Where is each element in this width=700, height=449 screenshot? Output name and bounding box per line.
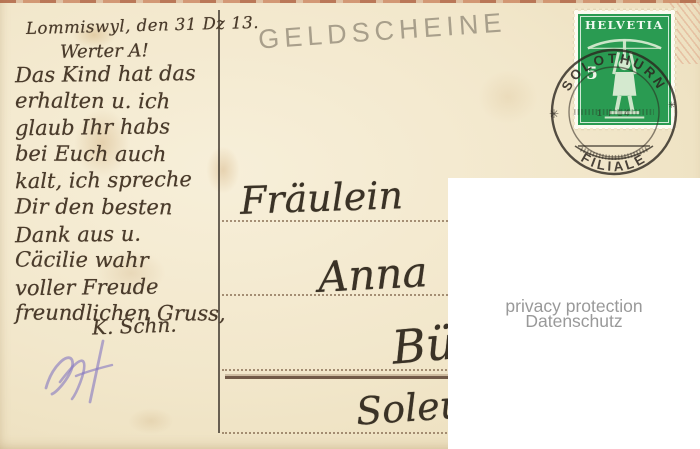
message-line: glaub Ihr habs [15,113,221,142]
violet-scribble [38,336,126,406]
paper-stain [478,70,538,124]
postmark-branch-text: FILIALE [579,150,650,174]
postmark-star-right-icon: ✳ [668,100,676,110]
address-rule-solid [225,376,463,379]
postmark-star-left-icon: ✳ [549,107,559,121]
stamp-country-label: HELVETIA [582,18,667,32]
pencil-annotation: GELDSCHEINE [257,7,507,55]
message-salutation: Werter A! [60,40,149,63]
message-line: Dank aus u. [15,219,221,248]
postmark-town-text: SOLOTHURN [559,51,670,93]
message-line: voller Freude [15,272,221,301]
paper-stain [128,408,174,434]
message-line: erhalten u. ich [15,87,221,115]
privacy-overlay-line2: Datenschutz [525,314,622,329]
svg-text:FILIALE: FILIALE [579,150,650,174]
message-line: bei Euch auch [15,140,221,168]
message-line: kalt, ich spreche [15,166,221,195]
address-recipient-name: Anna [317,247,429,302]
privacy-overlay: privacy protection Datenschutz [448,178,700,449]
message-line: Cäcilie wahr [15,247,221,275]
message-dateline: Lommiswyl, den 31 Dz 13. [26,13,259,38]
svg-text:SOLOTHURN: SOLOTHURN [559,51,670,93]
address-recipient-title: Fräulein [239,173,403,223]
message-line: Dir den besten [15,193,221,221]
message-line: Das Kind hat das [15,60,221,89]
postmark: SOLOTHURN FILIALE 1 I 14 ✳ ✳ [548,46,680,178]
postcard-top-edge [0,0,700,3]
postcard: Lommiswyl, den 31 Dz 13. Werter A! Das K… [0,0,700,449]
message-body: Das Kind hat das erhalten u. ich glaub I… [15,61,221,327]
postmark-date: 1 I 14 [597,108,632,118]
address-line-4 [222,432,454,434]
